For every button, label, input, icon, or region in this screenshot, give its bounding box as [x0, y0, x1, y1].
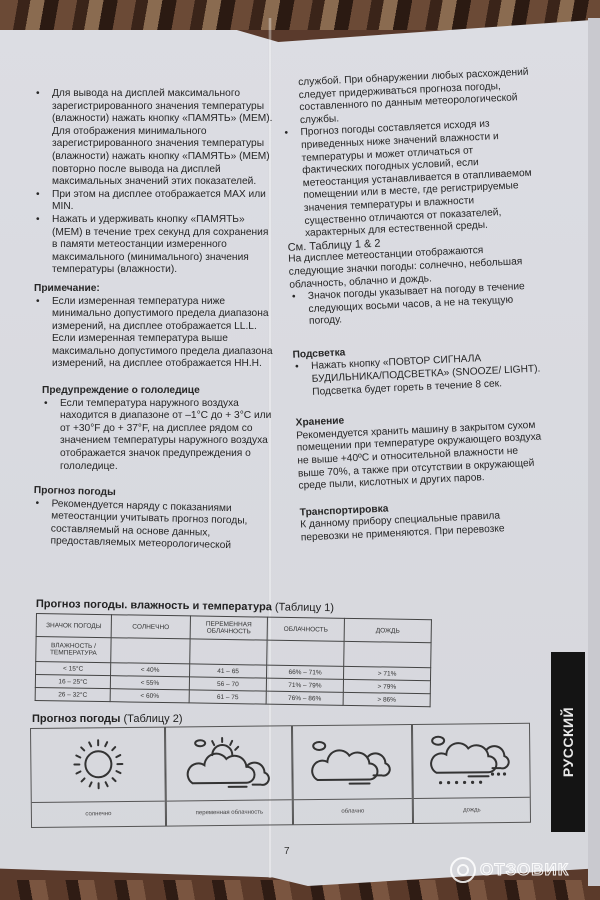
background-fabric-top	[0, 0, 600, 30]
icon-label: переменная облачность	[167, 799, 292, 825]
weather-icon-cell: солнечно	[30, 727, 166, 828]
table-header: ОБЛАЧНОСТЬ	[267, 617, 344, 641]
watermark: ОТЗОВИК	[450, 857, 569, 883]
forecast-accuracy-text: Прогноз погоды составляется исходя из пр…	[282, 117, 537, 242]
right-column: службой. При обнаружении любых расхожден…	[280, 67, 551, 545]
storage-text: Рекомендуется хранить машину в закрытом …	[296, 419, 549, 493]
weather-icons-table: солнечно переменная облачность об	[30, 723, 531, 828]
note-heading: Примечание:	[34, 283, 274, 296]
otzovik-logo-icon	[450, 857, 476, 883]
page-number: 7	[284, 846, 290, 857]
icon-label: солнечно	[32, 801, 165, 827]
left-column: Для вывода на дисплей максимального заре…	[34, 88, 274, 548]
weather-icon-cell: переменная облачность	[165, 725, 293, 826]
weather-icon-cell: дождь	[412, 723, 531, 824]
forecast-text: Рекомендуется наряду с показаниями метео…	[32, 498, 273, 555]
humidity-temperature-table: ЗНАЧОК ПОГОДЫ СОЛНЕЧНО ПЕРЕМЕННАЯ ОБЛАЧН…	[35, 613, 432, 707]
rain-icon	[426, 730, 517, 791]
icon-label: облачно	[294, 798, 412, 824]
watermark-text: ОТЗОВИК	[480, 860, 569, 880]
list-item: При этом на дисплее отображается MAX или…	[34, 189, 274, 214]
icon-label: дождь	[414, 797, 530, 823]
language-tab: РУССКИЙ	[551, 652, 585, 832]
weather-icon-cell: облачно	[292, 724, 413, 825]
note-text: Если измеренная температура ниже минимал…	[34, 296, 274, 372]
table-header: ВЛАЖНОСТЬ / ТЕМПЕРАТУРА	[36, 637, 111, 663]
page-edge	[588, 18, 600, 886]
sun-icon	[68, 734, 129, 795]
list-item: Нажать и удерживать кнопку «ПАМЯТЬ» (MEM…	[34, 214, 274, 277]
list-item: Для вывода на дисплей максимального заре…	[34, 88, 274, 189]
table-header: СОЛНЕЧНО	[111, 615, 190, 639]
language-label: РУССКИЙ	[560, 707, 576, 777]
table-header: ЗНАЧОК ПОГОДЫ	[36, 614, 111, 638]
cloudy-icon	[307, 731, 398, 792]
table-header: ДОЖДЬ	[344, 618, 431, 642]
ice-warning-text: Если температура наружного воздуха наход…	[42, 398, 274, 474]
partly-cloudy-icon	[184, 732, 275, 793]
table2-title: Прогноз погоды (Таблицу 2)	[32, 713, 183, 725]
table-header: ПЕРЕМЕННАЯ ОБЛАЧНОСТЬ	[190, 616, 267, 640]
memory-instructions: Для вывода на дисплей максимального заре…	[34, 88, 274, 277]
ice-warning-heading: Предупреждение о гололедице	[42, 385, 274, 398]
